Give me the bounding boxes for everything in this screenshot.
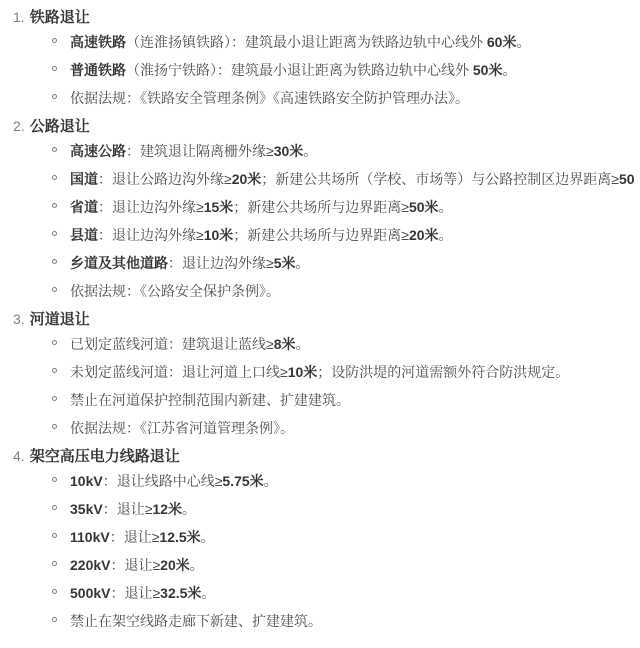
text-segment: 50米	[619, 171, 634, 187]
text-segment: 。	[182, 501, 196, 517]
list-item: 10kV：退让线路中心线≥5.75米。	[13, 471, 634, 491]
text-segment: 12米	[152, 501, 182, 517]
circle-bullet-icon	[52, 505, 57, 510]
text-segment: ：退让边沟外缘≥	[168, 255, 274, 271]
item-text: 禁止在河道保护控制范围内新建、扩建建筑。	[70, 390, 634, 410]
text-segment: 。	[201, 585, 215, 601]
list-item: 依据法规：《公路安全保护条例》。	[13, 281, 634, 301]
text-segment: ；新建公共场所与边界距离≥	[233, 199, 409, 215]
text-segment: 5.75米	[222, 473, 263, 489]
text-segment: 普通铁路	[70, 62, 126, 78]
circle-bullet-icon	[52, 589, 57, 594]
text-segment: 20米	[232, 171, 262, 187]
list-item: 依据法规：《铁路安全管理条例》《高速铁路安全防护管理办法》。	[13, 88, 634, 108]
circle-bullet-icon	[52, 287, 57, 292]
text-segment: 35kV	[70, 501, 103, 517]
text-segment: ：退让边沟外缘≥	[98, 199, 204, 215]
text-segment: 10kV	[70, 473, 103, 489]
section-items: 高速铁路（连淮扬镇铁路）：建筑最小退让距离为铁路边轨中心线外 60米。普通铁路（…	[13, 32, 634, 108]
text-segment: 未划定蓝线河道：退让河道上口线≥	[70, 364, 288, 380]
text-segment: 。	[201, 529, 215, 545]
text-segment: 。	[303, 143, 317, 159]
item-text: 35kV：退让≥12米。	[70, 499, 634, 519]
section-title: 河道退让	[30, 310, 90, 330]
section-items: 已划定蓝线河道：建筑退让蓝线≥8米。未划定蓝线河道：退让河道上口线≥10米；设防…	[13, 334, 634, 438]
circle-bullet-icon	[52, 175, 57, 180]
list-item: 依据法规：《江苏省河道管理条例》。	[13, 418, 634, 438]
item-text: 依据法规：《公路安全保护条例》。	[70, 281, 634, 301]
text-segment: ：退让线路中心线≥	[103, 473, 223, 489]
text-segment: 220kV	[70, 557, 110, 573]
text-segment: 乡道及其他道路	[70, 255, 168, 271]
text-segment: ：建筑退让隔离栅外缘≥	[126, 143, 274, 159]
text-segment: 依据法规：《公路安全保护条例》。	[70, 283, 280, 299]
section: 2.公路退让高速公路：建筑退让隔离栅外缘≥30米。国道：退让公路边沟外缘≥20米…	[13, 116, 634, 301]
item-text: 依据法规：《江苏省河道管理条例》。	[70, 418, 634, 438]
item-text: 110kV：退让≥12.5米。	[70, 527, 634, 547]
section-title: 架空高压电力线路退让	[30, 447, 180, 467]
text-segment: 12.5米	[159, 529, 200, 545]
text-segment: 省道	[70, 199, 98, 215]
document-body: 1.铁路退让高速铁路（连淮扬镇铁路）：建筑最小退让距离为铁路边轨中心线外 60米…	[13, 7, 634, 631]
section-title: 铁路退让	[30, 8, 90, 28]
text-segment: （连淮扬镇铁路）：建筑最小退让距离为铁路边轨中心线外	[126, 34, 487, 50]
circle-bullet-icon	[52, 147, 57, 152]
list-item: 220kV：退让≥20米。	[13, 555, 634, 575]
list-item: 省道：退让边沟外缘≥15米；新建公共场所与边界距离≥50米。	[13, 197, 634, 217]
list-item: 已划定蓝线河道：建筑退让蓝线≥8米。	[13, 334, 634, 354]
section-items: 高速公路：建筑退让隔离栅外缘≥30米。国道：退让公路边沟外缘≥20米；新建公共场…	[13, 141, 634, 301]
item-text: 依据法规：《铁路安全管理条例》《高速铁路安全防护管理办法》。	[70, 88, 634, 108]
text-segment: 20米	[409, 227, 439, 243]
item-text: 乡道及其他道路：退让边沟外缘≥5米。	[70, 253, 634, 273]
text-segment: 50米	[473, 62, 503, 78]
text-segment: ；新建公共场所（学校、市场等）与公路控制区边界距离≥	[261, 171, 619, 187]
section-title: 公路退让	[30, 117, 90, 137]
text-segment: 。	[439, 227, 453, 243]
circle-bullet-icon	[52, 424, 57, 429]
text-segment: 15米	[204, 199, 234, 215]
text-segment: 。	[502, 62, 516, 78]
section-number: 3.	[13, 309, 25, 329]
list-item: 县道：退让边沟外缘≥10米；新建公共场所与边界距离≥20米。	[13, 225, 634, 245]
text-segment: ：退让≥	[110, 585, 160, 601]
item-text: 国道：退让公路边沟外缘≥20米；新建公共场所（学校、市场等）与公路控制区边界距离…	[70, 169, 634, 189]
item-text: 普通铁路（淮扬宁铁路）：建筑最小退让距离为铁路边轨中心线外 50米。	[70, 60, 634, 80]
text-segment: 5米	[274, 255, 296, 271]
text-segment: ：退让≥	[103, 501, 153, 517]
circle-bullet-icon	[52, 396, 57, 401]
text-segment: 。	[439, 199, 453, 215]
circle-bullet-icon	[52, 368, 57, 373]
text-segment: 。	[295, 255, 309, 271]
list-item: 高速公路：建筑退让隔离栅外缘≥30米。	[13, 141, 634, 161]
text-segment: 30米	[274, 143, 304, 159]
text-segment: 高速公路	[70, 143, 126, 159]
text-segment: 500kV	[70, 585, 110, 601]
item-text: 高速铁路（连淮扬镇铁路）：建筑最小退让距离为铁路边轨中心线外 60米。	[70, 32, 634, 52]
item-text: 省道：退让边沟外缘≥15米；新建公共场所与边界距离≥50米。	[70, 197, 634, 217]
list-item: 乡道及其他道路：退让边沟外缘≥5米。	[13, 253, 634, 273]
section-items: 10kV：退让线路中心线≥5.75米。35kV：退让≥12米。110kV：退让≥…	[13, 471, 634, 631]
text-segment: 。	[264, 473, 278, 489]
list-item: 国道：退让公路边沟外缘≥20米；新建公共场所（学校、市场等）与公路控制区边界距离…	[13, 169, 634, 189]
text-segment: 110kV	[70, 529, 110, 545]
item-text: 未划定蓝线河道：退让河道上口线≥10米；设防洪堤的河道需额外符合防洪规定。	[70, 362, 634, 382]
text-segment: 已划定蓝线河道：建筑退让蓝线≥	[70, 336, 274, 352]
circle-bullet-icon	[52, 477, 57, 482]
text-segment: 依据法规：《铁路安全管理条例》《高速铁路安全防护管理办法》。	[70, 90, 469, 106]
section-header: 1.铁路退让	[13, 7, 634, 28]
list-item: 禁止在河道保护控制范围内新建、扩建建筑。	[13, 390, 634, 410]
item-text: 10kV：退让线路中心线≥5.75米。	[70, 471, 634, 491]
section-header: 2.公路退让	[13, 116, 634, 137]
text-segment: 高速铁路	[70, 34, 126, 50]
text-segment: 。	[295, 336, 309, 352]
text-segment: 20米	[160, 557, 190, 573]
list-item: 35kV：退让≥12米。	[13, 499, 634, 519]
item-text: 已划定蓝线河道：建筑退让蓝线≥8米。	[70, 334, 634, 354]
item-text: 220kV：退让≥20米。	[70, 555, 634, 575]
section-number: 1.	[13, 7, 25, 27]
text-segment: 禁止在河道保护控制范围内新建、扩建建筑。	[70, 392, 350, 408]
text-segment: 8米	[274, 336, 296, 352]
section: 3.河道退让已划定蓝线河道：建筑退让蓝线≥8米。未划定蓝线河道：退让河道上口线≥…	[13, 309, 634, 438]
list-item: 普通铁路（淮扬宁铁路）：建筑最小退让距离为铁路边轨中心线外 50米。	[13, 60, 634, 80]
list-item: 未划定蓝线河道：退让河道上口线≥10米；设防洪堤的河道需额外符合防洪规定。	[13, 362, 634, 382]
text-segment: 禁止在架空线路走廊下新建、扩建建筑。	[70, 613, 322, 629]
text-segment: ；设防洪堤的河道需额外符合防洪规定。	[317, 364, 569, 380]
circle-bullet-icon	[52, 231, 57, 236]
circle-bullet-icon	[52, 561, 57, 566]
text-segment: 县道	[70, 227, 98, 243]
list-item: 110kV：退让≥12.5米。	[13, 527, 634, 547]
item-text: 县道：退让边沟外缘≥10米；新建公共场所与边界距离≥20米。	[70, 225, 634, 245]
text-segment: ：退让≥	[110, 557, 160, 573]
circle-bullet-icon	[52, 94, 57, 99]
text-segment: 国道	[70, 171, 98, 187]
item-text: 禁止在架空线路走廊下新建、扩建建筑。	[70, 611, 634, 631]
text-segment: ：退让边沟外缘≥	[98, 227, 204, 243]
text-segment: ：退让≥	[110, 529, 160, 545]
text-segment: ：退让公路边沟外缘≥	[98, 171, 232, 187]
text-segment: 32.5米	[160, 585, 201, 601]
list-item: 高速铁路（连淮扬镇铁路）：建筑最小退让距离为铁路边轨中心线外 60米。	[13, 32, 634, 52]
text-segment: 60米	[487, 34, 517, 50]
setback-requirements-document: 1.铁路退让高速铁路（连淮扬镇铁路）：建筑最小退让距离为铁路边轨中心线外 60米…	[0, 0, 640, 648]
circle-bullet-icon	[52, 533, 57, 538]
text-segment: 10米	[204, 227, 234, 243]
circle-bullet-icon	[52, 203, 57, 208]
circle-bullet-icon	[52, 259, 57, 264]
circle-bullet-icon	[52, 66, 57, 71]
list-item: 禁止在架空线路走廊下新建、扩建建筑。	[13, 611, 634, 631]
section-number: 2.	[13, 116, 25, 136]
section: 1.铁路退让高速铁路（连淮扬镇铁路）：建筑最小退让距离为铁路边轨中心线外 60米…	[13, 7, 634, 108]
text-segment: 。	[516, 34, 530, 50]
section-number: 4.	[13, 446, 25, 466]
section: 4.架空高压电力线路退让10kV：退让线路中心线≥5.75米。35kV：退让≥1…	[13, 446, 634, 631]
list-item: 500kV：退让≥32.5米。	[13, 583, 634, 603]
text-segment: ；新建公共场所与边界距离≥	[233, 227, 409, 243]
item-text: 500kV：退让≥32.5米。	[70, 583, 634, 603]
text-segment: 50米	[409, 199, 439, 215]
section-header: 4.架空高压电力线路退让	[13, 446, 634, 467]
text-segment: 。	[190, 557, 204, 573]
circle-bullet-icon	[52, 617, 57, 622]
section-header: 3.河道退让	[13, 309, 634, 330]
circle-bullet-icon	[52, 38, 57, 43]
circle-bullet-icon	[52, 340, 57, 345]
text-segment: 10米	[288, 364, 318, 380]
text-segment: 依据法规：《江苏省河道管理条例》。	[70, 420, 294, 436]
text-segment: （淮扬宁铁路）：建筑最小退让距离为铁路边轨中心线外	[126, 62, 473, 78]
item-text: 高速公路：建筑退让隔离栅外缘≥30米。	[70, 141, 634, 161]
